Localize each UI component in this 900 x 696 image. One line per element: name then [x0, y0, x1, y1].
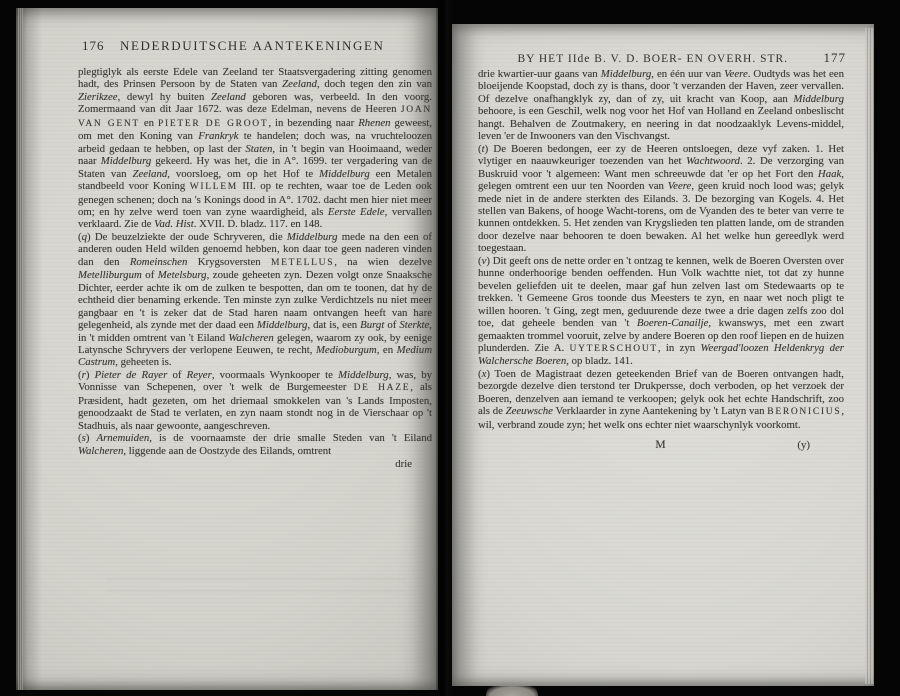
left-page-text: plegtiglyk als eerste Edele van Zeeland …	[78, 66, 432, 472]
footnote-v: (v) Dit geeft ons de nette order en 't o…	[478, 255, 844, 368]
right-page-text: drie kwartier-uur gaans van Middelburg, …	[478, 68, 844, 455]
right-footer-row: M (y)	[478, 439, 844, 455]
paragraph-continuation: drie kwartier-uur gaans van Middelburg, …	[478, 68, 844, 143]
left-running-title: NEDERDUITSCHE AANTEKENINGEN	[105, 38, 401, 54]
footnote-q: (q) De beuzelziekte der oude Schryveren,…	[78, 231, 432, 369]
right-page: BY HET IIde B. V. D. BOER- EN OVERH. STR…	[452, 24, 874, 686]
right-catchword: (y)	[797, 439, 810, 451]
right-running-title: BY HET IIde B. V. D. BOER- EN OVERH. STR…	[482, 53, 824, 65]
footnote-r: (r) Pieter de Rayer of Reyer, voormaals …	[78, 369, 432, 432]
footnote-s: (s) Arnemuiden, is de voornaamste der dr…	[78, 432, 432, 457]
right-page-number: 177	[824, 50, 847, 66]
left-catchword: drie	[395, 458, 412, 470]
left-page: 176 NEDERDUITSCHE AANTEKENINGEN plegtigl…	[16, 8, 438, 690]
book-scan: 176 NEDERDUITSCHE AANTEKENINGEN plegtigl…	[0, 0, 900, 696]
paragraph-continuation: plegtiglyk als eerste Edele van Zeeland …	[78, 66, 432, 231]
footnote-t: (t) De Boeren bedongen, eer zy de Heeren…	[478, 143, 844, 255]
left-page-number: 176	[82, 38, 105, 54]
signature-mark: M	[655, 439, 666, 451]
left-catchword-row: drie	[78, 458, 432, 472]
footnote-x: (x) Toen de Magistraat dezen geteekenden…	[478, 368, 844, 431]
right-running-header: BY HET IIde B. V. D. BOER- EN OVERH. STR…	[482, 50, 846, 66]
show-through-smudge	[106, 573, 406, 599]
left-running-header: 176 NEDERDUITSCHE AANTEKENINGEN	[82, 38, 426, 54]
